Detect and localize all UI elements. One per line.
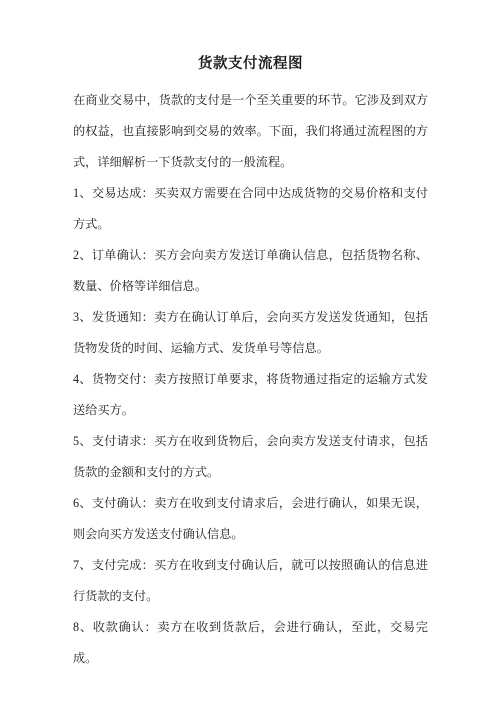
step-paragraph-2: 2、订单确认：买方会向卖方发送订单确认信息，包括货物名称、数量、价格等详细信息。 (73, 240, 428, 302)
step-paragraph-5: 5、支付请求：买方在收到货物后，会向卖方发送支付请求，包括货款的金额和支付的方式… (73, 426, 428, 488)
document-title: 货款支付流程图 (73, 54, 428, 74)
document-page: 货款支付流程图 在商业交易中，货款的支付是一个至关重要的环节。它涉及到双方的权益… (0, 0, 500, 707)
intro-paragraph: 在商业交易中，货款的支付是一个至关重要的环节。它涉及到双方的权益，也直接影响到交… (73, 85, 428, 178)
step-paragraph-6: 6、支付确认：卖方在收到支付请求后，会进行确认，如果无误，则会向买方发送支付确认… (73, 488, 428, 550)
step-paragraph-4: 4、货物交付：卖方按照订单要求，将货物通过指定的运输方式发送给买方。 (73, 364, 428, 426)
step-paragraph-3: 3、发货通知：卖方在确认订单后，会向买方发送发货通知，包括货物发货的时间、运输方… (73, 302, 428, 364)
step-paragraph-8: 8、收款确认：卖方在收到货款后，会进行确认，至此，交易完成。 (73, 612, 428, 674)
step-paragraph-7: 7、支付完成：买方在收到支付确认后，就可以按照确认的信息进行货款的支付。 (73, 550, 428, 612)
step-paragraph-1: 1、交易达成：买卖双方需要在合同中达成货物的交易价格和支付方式。 (73, 178, 428, 240)
